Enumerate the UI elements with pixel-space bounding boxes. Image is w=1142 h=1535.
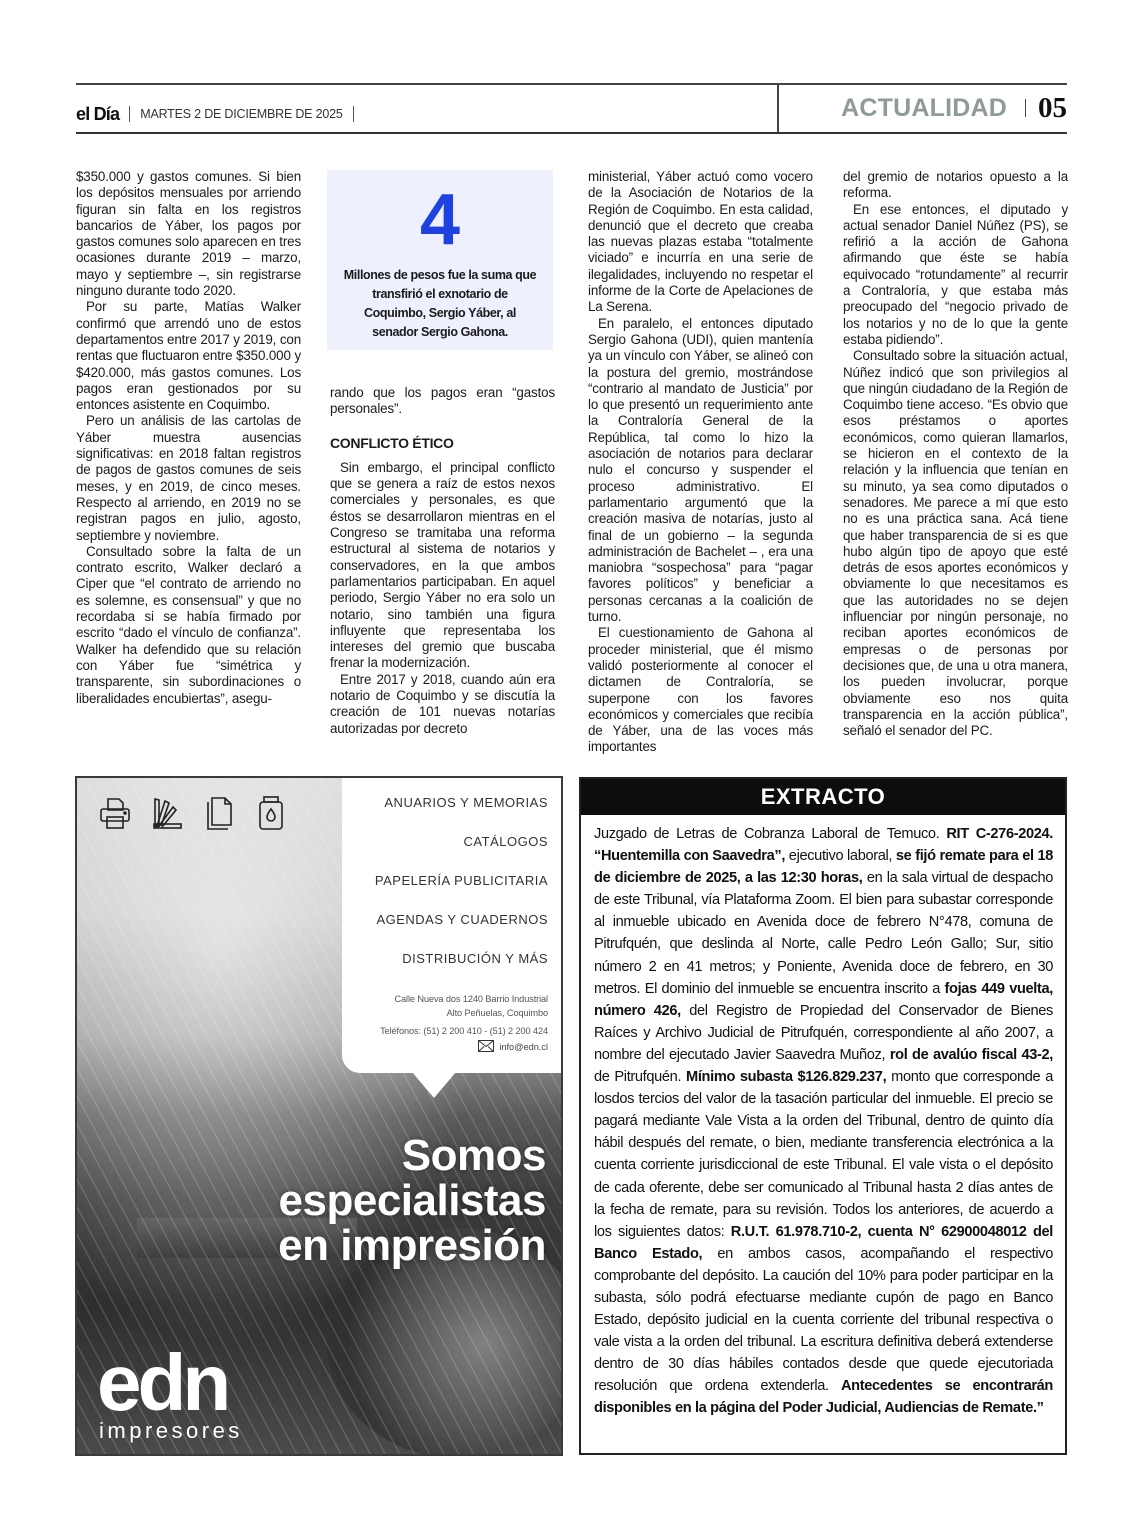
legal-notice-extracto: EXTRACTO Juzgado de Letras de Cobranza L… bbox=[579, 777, 1067, 1455]
email-row: info@edn.cl bbox=[478, 1040, 548, 1054]
paragraph: En ese entonces, el diputado y actual se… bbox=[843, 202, 1068, 349]
address-line-2: Alto Peñuelas, Coquimbo bbox=[447, 1008, 548, 1018]
ad-icon-row bbox=[99, 795, 287, 831]
extracto-bold-text: rol de avalúo fiscal 43-2, bbox=[890, 1047, 1053, 1063]
edn-logo-subtitle: impresores bbox=[99, 1418, 243, 1444]
slogan-line: especialistas bbox=[278, 1178, 546, 1223]
paragraph: $350.000 y gastos comunes. Si bien los d… bbox=[76, 169, 301, 299]
color-swatch-icon bbox=[151, 795, 183, 831]
section-header: ACTUALIDAD 05 bbox=[841, 92, 1067, 124]
article-column-2: rando que los pagos eran “gastos persona… bbox=[330, 385, 555, 737]
printer-icon bbox=[99, 795, 131, 831]
edn-logo: edn bbox=[97, 1343, 227, 1423]
paragraph: Consultado sobre la falta de un contrato… bbox=[76, 544, 301, 707]
extracto-body: Juzgado de Letras de Cobranza Laboral de… bbox=[581, 815, 1065, 1420]
ad-slogan: Somos especialistas en impresión bbox=[278, 1133, 546, 1268]
stat-description: Millones de pesos fue la suma que transf… bbox=[327, 266, 553, 342]
documents-icon bbox=[203, 795, 235, 831]
section-title: ACTUALIDAD bbox=[841, 94, 1007, 123]
extracto-text: monto que corresponde a losdos tercios d… bbox=[594, 1069, 1053, 1240]
article-column-1: $350.000 y gastos comunes. Si bien los d… bbox=[76, 169, 301, 707]
service-item: DISTRIBUCIÓN Y MÁS bbox=[402, 951, 548, 966]
extracto-text: Juzgado de Letras de Cobranza Laboral de… bbox=[594, 826, 946, 842]
email-address: info@edn.cl bbox=[499, 1042, 548, 1052]
phone-numbers: Teléfonos: (51) 2 200 410 - (51) 2 200 4… bbox=[380, 1026, 548, 1036]
paragraph: Entre 2017 y 2018, cuando aún era notari… bbox=[330, 672, 555, 737]
header-divider bbox=[777, 84, 779, 133]
extracto-bold-text: Mínimo subasta $126.829.237, bbox=[686, 1069, 886, 1085]
paragraph: En paralelo, el entonces diputado Sergio… bbox=[588, 316, 813, 626]
extracto-title: EXTRACTO bbox=[581, 779, 1065, 815]
paragraph: rando que los pagos eran “gastos persona… bbox=[330, 385, 555, 418]
masthead: el Día MARTES 2 DE DICIEMBRE DE 2025 bbox=[76, 103, 364, 125]
service-item: ANUARIOS Y MEMORIAS bbox=[384, 795, 548, 810]
issue-date: MARTES 2 DE DICIEMBRE DE 2025 bbox=[140, 107, 342, 121]
subheading: CONFLICTO ÉTICO bbox=[330, 435, 555, 451]
separator bbox=[129, 106, 130, 122]
paragraph: Consultado sobre la situación actual, Nú… bbox=[843, 348, 1068, 739]
paragraph: ministerial, Yáber actuó como vocero de … bbox=[588, 169, 813, 316]
paragraph: del gremio de notarios opuesto a la refo… bbox=[843, 169, 1068, 202]
extracto-text: de Pitrufquén. bbox=[594, 1069, 686, 1085]
slogan-line: en impresión bbox=[278, 1223, 546, 1268]
extracto-text: en ambos casos, acompañando el respectiv… bbox=[594, 1246, 1053, 1395]
separator bbox=[1025, 99, 1026, 117]
paragraph: Sin embargo, el principal conflicto que … bbox=[330, 460, 555, 672]
header-top-rule bbox=[76, 83, 1067, 85]
article-column-4: del gremio de notarios opuesto a la refo… bbox=[843, 169, 1068, 739]
paragraph: Por su parte, Matías Walker confirmó que… bbox=[76, 299, 301, 413]
extracto-text: ejecutivo laboral, bbox=[785, 848, 896, 864]
address-line-1: Calle Nueva dos 1240 Barrio Industrial bbox=[395, 994, 549, 1004]
ink-bottle-icon bbox=[255, 795, 287, 831]
edn-advertisement: ANUARIOS Y MEMORIAS CATÁLOGOS PAPELERÍA … bbox=[75, 776, 563, 1456]
stat-number: 4 bbox=[327, 182, 553, 258]
service-item: AGENDAS Y CUADERNOS bbox=[376, 912, 548, 927]
article-column-3: ministerial, Yáber actuó como vocero de … bbox=[588, 169, 813, 756]
slogan-line: Somos bbox=[278, 1133, 546, 1178]
paragraph: Pero un análisis de las cartolas de Yábe… bbox=[76, 413, 301, 543]
service-item: PAPELERÍA PUBLICITARIA bbox=[375, 873, 548, 888]
extracto-text: en la sala virtual de despacho de este T… bbox=[594, 870, 1053, 996]
ad-services-panel: ANUARIOS Y MEMORIAS CATÁLOGOS PAPELERÍA … bbox=[342, 778, 563, 1073]
separator bbox=[353, 106, 354, 122]
envelope-icon bbox=[478, 1040, 494, 1054]
service-item: CATÁLOGOS bbox=[464, 834, 548, 849]
paragraph: El cuestionamiento de Gahona al proceder… bbox=[588, 625, 813, 755]
header-bottom-rule bbox=[76, 132, 1067, 134]
newspaper-logo: el Día bbox=[76, 104, 119, 125]
stat-callout: 4 Millones de pesos fue la suma que tran… bbox=[327, 170, 553, 350]
page-number: 05 bbox=[1038, 92, 1067, 125]
